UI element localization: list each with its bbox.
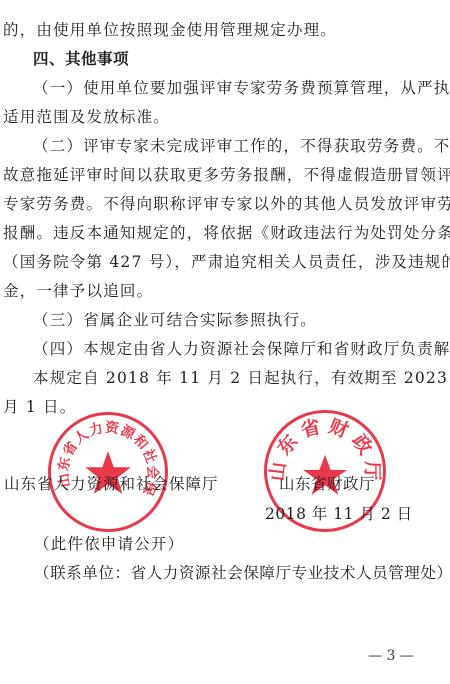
signature-org-finance: 山东省财政厅 xyxy=(279,474,375,494)
document-page: 的，由使用单位按照现金使用管理规定办理。 四、其他事项 （一）使用单位要加强评审… xyxy=(0,0,450,684)
page-number: — 3 — xyxy=(368,648,414,664)
text-line: （国务院令第 427 号），严肃追究相关人员责任，涉及违规的资 xyxy=(3,252,430,272)
text-line: （三）省属企业可结合实际参照执行。 xyxy=(33,310,450,330)
signature-org-hrss: 山东省人力资源和社会保障厅 xyxy=(4,474,219,494)
text-line: （四）本规定由省人力资源社会保障厅和省财政厅负责解释。 xyxy=(33,339,450,359)
seal-emblem-icon: 山东省人力资源和社会保障厅 xyxy=(51,415,165,529)
contact-note: （联系单位：省人力资源社会保障厅专业技术人员管理处） xyxy=(34,563,450,583)
official-seal-hrss: 山东省人力资源和社会保障厅 xyxy=(48,412,168,532)
text-line: 故意拖延评审时间以获取更多劳务报酬，不得虚假造册冒领评审 xyxy=(3,165,430,185)
text-line: 报酬。违反本通知规定的，将依据《财政违法行为处罚处分条例》 xyxy=(3,223,430,243)
text-line: 金，一律予以追回。 xyxy=(3,281,433,301)
text-line: （二）评审专家未完成评审工作的，不得获取劳务费。不得 xyxy=(33,136,430,156)
signature-date: 2018 年 11 月 2 日 xyxy=(265,504,413,524)
text-line: 适用范围及发放标准。 xyxy=(3,107,433,127)
disclosure-note: （此件依申请公开） xyxy=(34,534,450,554)
text-line: 的，由使用单位按照现金使用管理规定办理。 xyxy=(3,20,433,40)
text-line: 专家劳务费。不得向职称评审专家以外的其他人员发放评审劳务 xyxy=(3,194,430,214)
text-line: （一）使用单位要加强评审专家劳务费预算管理，从严执行 xyxy=(33,78,430,98)
section-heading: 四、其他事项 xyxy=(33,49,450,69)
text-line: 本规定自 2018 年 11 月 2 日起执行，有效期至 2023 年 11 xyxy=(33,368,430,388)
